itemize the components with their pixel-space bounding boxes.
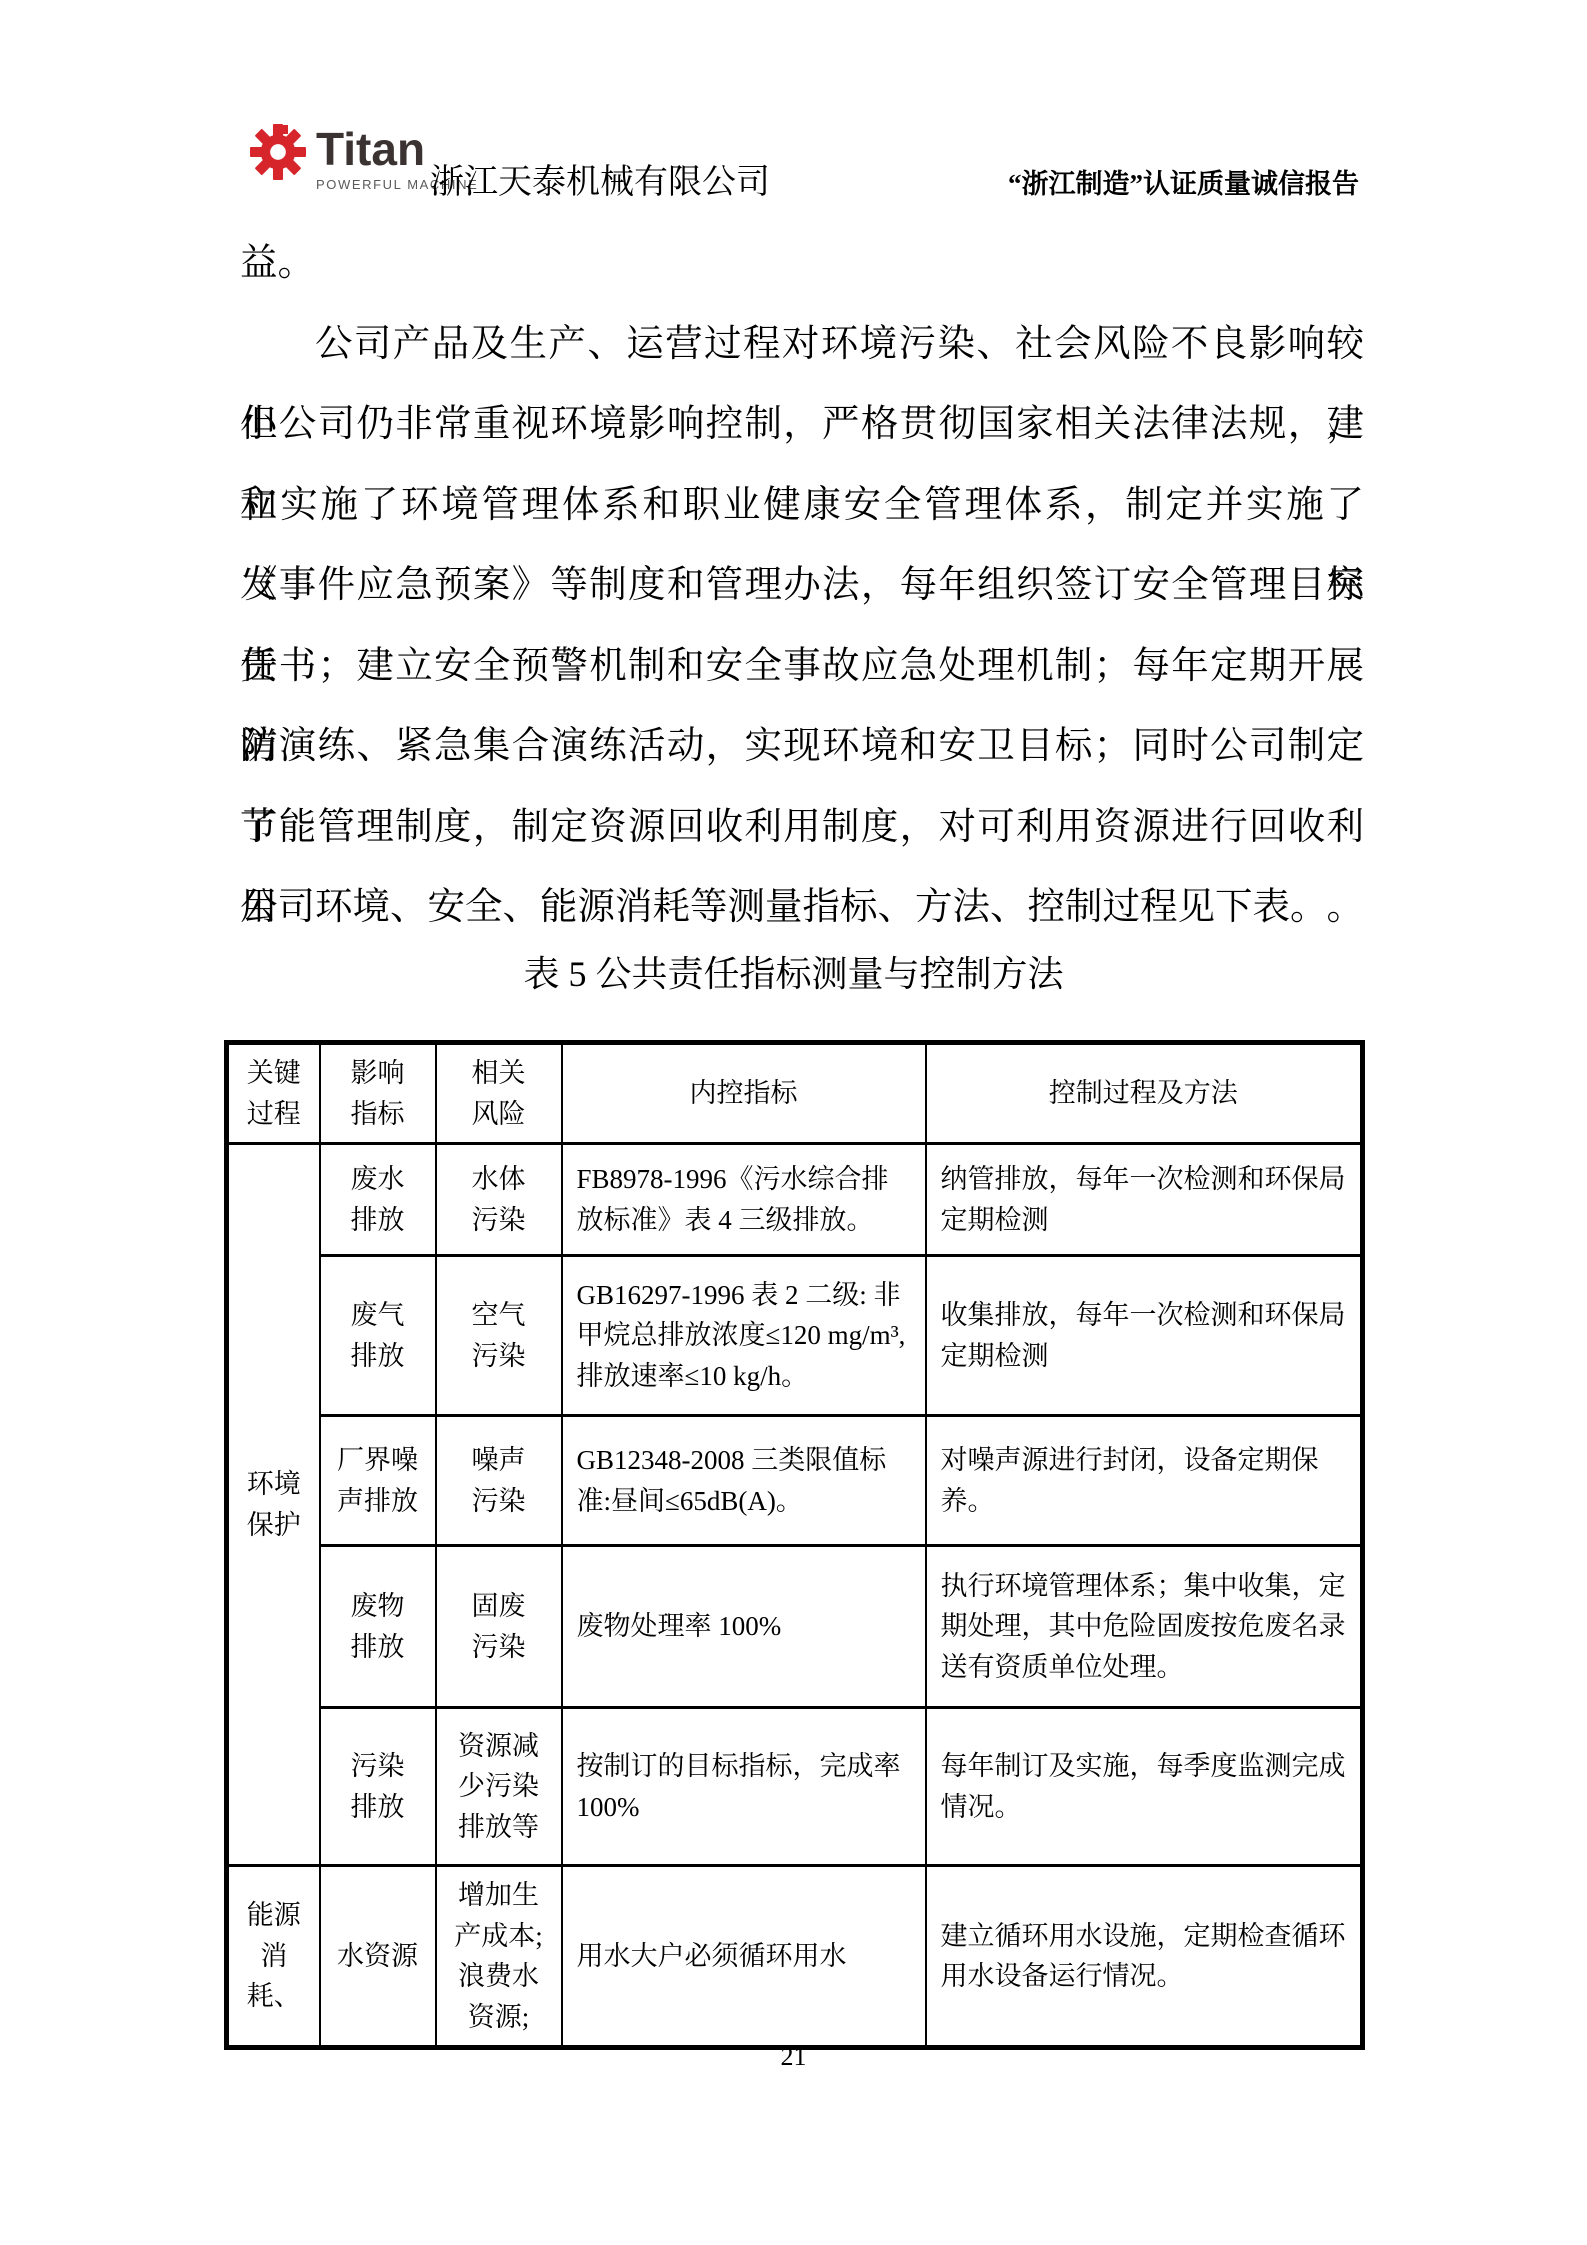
- cell-impact: 水资源: [320, 1866, 436, 2048]
- table-row: 废气 排放 空气 污染 GB16297-1996 表 2 二级: 非甲烷总排放浓…: [227, 1256, 1363, 1416]
- cell-control: 对噪声源进行封闭，设备定期保养。: [926, 1416, 1363, 1546]
- gear-icon: [250, 124, 306, 180]
- cell-key-process-energy: 能源 消 耗、: [227, 1866, 320, 2048]
- cell-impact: 污染 排放: [320, 1708, 436, 1866]
- header-indicator: 内控指标: [562, 1043, 926, 1144]
- body-line: 发事件应急预案》等制度和管理办法，每年组织签订安全管理目标责: [240, 546, 1364, 627]
- company-name: 浙江天泰机械有限公司: [430, 154, 770, 203]
- cell-impact: 废物 排放: [320, 1546, 436, 1708]
- header-control: 控制过程及方法: [926, 1043, 1363, 1144]
- cell-impact: 废水 排放: [320, 1144, 436, 1256]
- cell-impact: 废气 排放: [320, 1256, 436, 1416]
- table-header-row: 关键 过程 影响 指标 相关 风险 内控指标 控制过程及方法: [227, 1043, 1363, 1144]
- cell-risk: 噪声 污染: [436, 1416, 562, 1546]
- cell-risk: 资源减 少污染 排放等: [436, 1708, 562, 1866]
- document-page: Titan POWERFUL MACHINE 浙江天泰机械有限公司 “浙江制造”…: [0, 0, 1587, 2245]
- brand-i-dot: [279, 125, 288, 134]
- cell-impact: 厂界噪 声排放: [320, 1416, 436, 1546]
- table-row: 废物 排放 固废 污染 废物处理率 100% 执行环境管理体系；集中收集，定期处…: [227, 1546, 1363, 1708]
- cell-control: 执行环境管理体系；集中收集，定期处理，其中危险固废按危废名录送有资质单位处理。: [926, 1546, 1363, 1708]
- cell-indicator: GB12348-2008 三类限值标准:昼间≤65dB(A)。: [562, 1416, 926, 1546]
- cell-risk: 固废 污染: [436, 1546, 562, 1708]
- responsibility-table: 关键 过程 影响 指标 相关 风险 内控指标 控制过程及方法 环境 保护 废水 …: [224, 1040, 1365, 2050]
- header-impact: 影响 指标: [320, 1043, 436, 1144]
- cell-risk: 水体 污染: [436, 1144, 562, 1256]
- table-row: 环境 保护 废水 排放 水体 污染 FB8978-1996《污水综合排放标准》表…: [227, 1144, 1363, 1256]
- body-line: 但公司仍非常重视环境影响控制，严格贯彻国家相关法律法规，建立: [240, 385, 1364, 466]
- body-text: 益。 公司产品及生产、运营过程对环境污染、社会风险不良影响较小， 但公司仍非常重…: [240, 224, 1364, 949]
- cell-control: 每年制订及实施，每季度监测完成情况。: [926, 1708, 1363, 1866]
- cell-indicator: FB8978-1996《污水综合排放标准》表 4 三级排放。: [562, 1144, 926, 1256]
- table-row: 厂界噪 声排放 噪声 污染 GB12348-2008 三类限值标准:昼间≤65d…: [227, 1416, 1363, 1546]
- cell-key-process-env: 环境 保护: [227, 1144, 320, 1866]
- header-key-process: 关键 过程: [227, 1043, 320, 1144]
- body-line: 和实施了环境管理体系和职业健康安全管理体系，制定并实施了《突: [240, 466, 1364, 547]
- table-title: 表 5 公共责任指标测量与控制方法: [0, 946, 1587, 997]
- body-line: 公司环境、安全、能源消耗等测量指标、方法、控制过程见下表。: [240, 868, 1364, 949]
- header-risk: 相关 风险: [436, 1043, 562, 1144]
- cell-control: 建立循环用水设施，定期检查循环用水设备运行情况。: [926, 1866, 1363, 2048]
- report-title: “浙江制造”认证质量诚信报告: [1008, 162, 1359, 201]
- cell-risk: 空气 污染: [436, 1256, 562, 1416]
- cell-control: 收集排放，每年一次检测和环保局定期检测: [926, 1256, 1363, 1416]
- table-row: 能源 消 耗、 水资源 增加生 产成本; 浪费水 资源; 用水大户必须循环用水 …: [227, 1866, 1363, 2048]
- page-number: 21: [0, 2042, 1587, 2072]
- body-line: 公司产品及生产、运营过程对环境污染、社会风险不良影响较小，: [240, 305, 1364, 386]
- cell-control: 纳管排放，每年一次检测和环保局定期检测: [926, 1144, 1363, 1256]
- cell-indicator: 废物处理率 100%: [562, 1546, 926, 1708]
- cell-indicator: 用水大户必须循环用水: [562, 1866, 926, 2048]
- body-line: 任书；建立安全预警机制和安全事故应急处理机制；每年定期开展消: [240, 627, 1364, 708]
- body-line: 益。: [240, 224, 1364, 305]
- body-line: 防演练、紧急集合演练活动，实现环境和安卫目标；同时公司制定了: [240, 707, 1364, 788]
- cell-indicator: 按制订的目标指标，完成率 100%: [562, 1708, 926, 1866]
- body-line: 节能管理制度，制定资源回收利用制度，对可利用资源进行回收利用。: [240, 788, 1364, 869]
- cell-risk: 增加生 产成本; 浪费水 资源;: [436, 1866, 562, 2048]
- cell-indicator: GB16297-1996 表 2 二级: 非甲烷总排放浓度≤120 mg/m³,…: [562, 1256, 926, 1416]
- table-row: 污染 排放 资源减 少污染 排放等 按制订的目标指标，完成率 100% 每年制订…: [227, 1708, 1363, 1866]
